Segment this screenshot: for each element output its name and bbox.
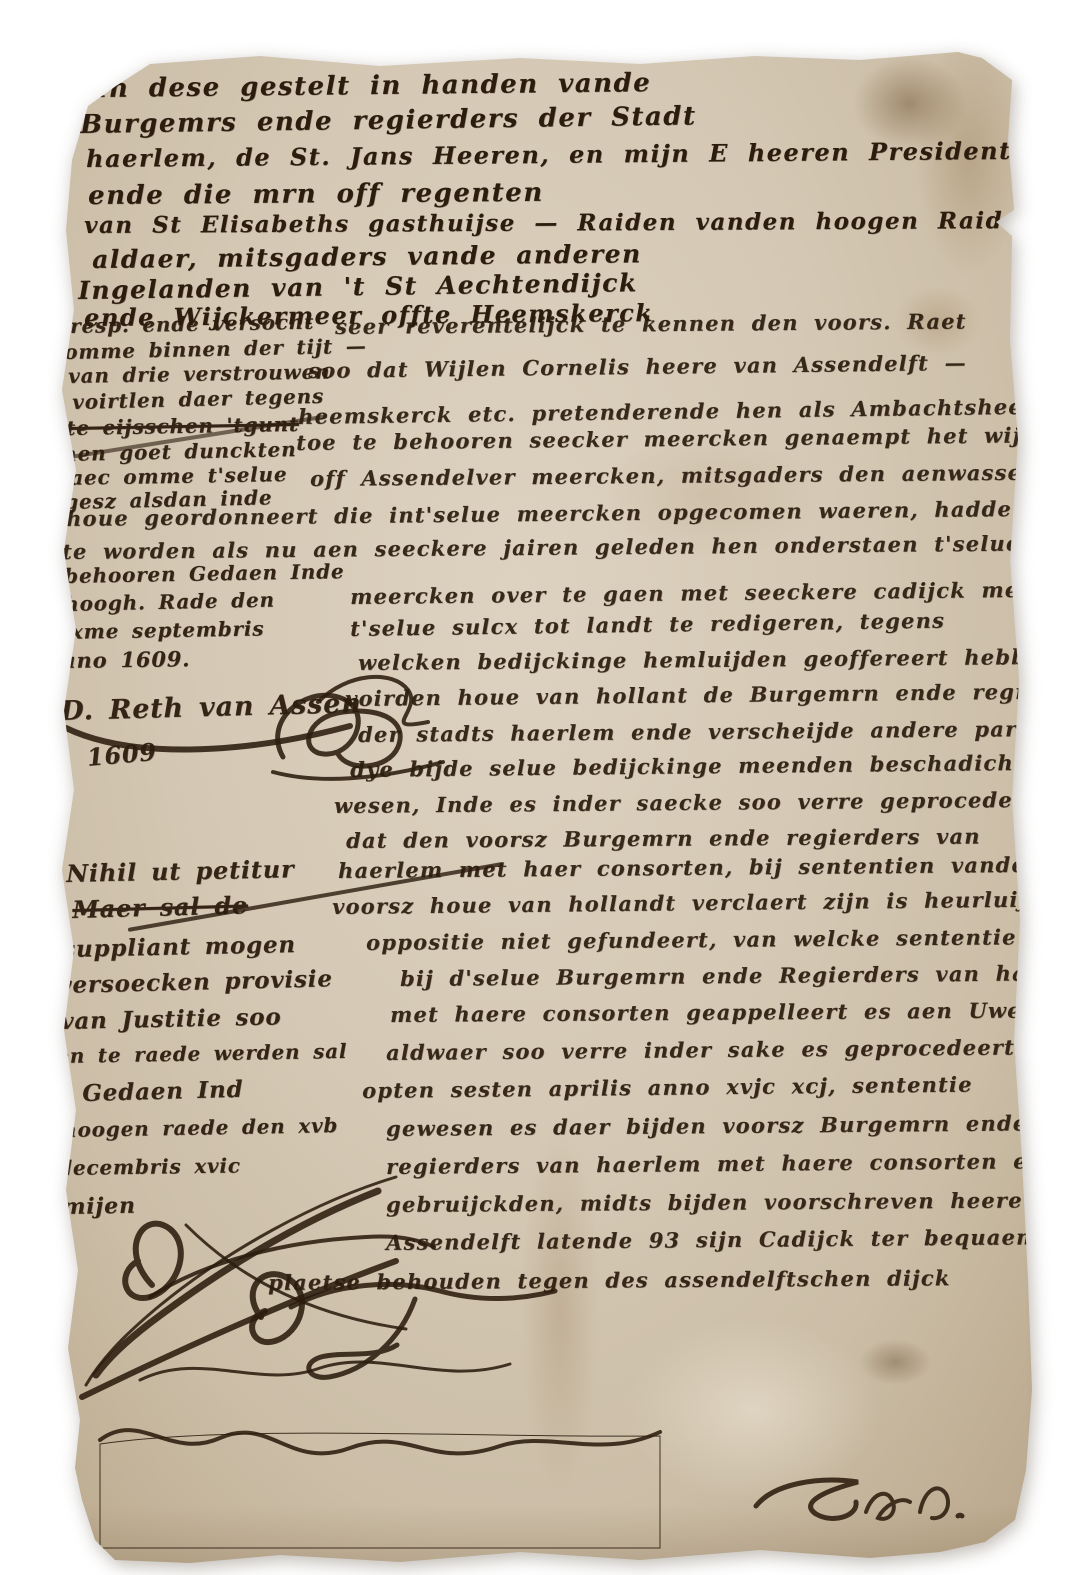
final-paraph bbox=[738, 1468, 973, 1543]
manuscript-line: opten sesten aprilis anno xvjc xcj, sent… bbox=[362, 1074, 973, 1101]
manuscript-line: te worden als nu aen seeckere jairen gel… bbox=[62, 533, 1021, 562]
manuscript-line: bij d'selue Burgemrn ende Regierders van… bbox=[400, 962, 1076, 989]
manuscript-line: soo dat Wijlen Cornelis heere van Assend… bbox=[308, 352, 967, 381]
margin-note: Maer sal de bbox=[72, 893, 248, 922]
water-tide-mark bbox=[80, 1320, 680, 1550]
paper-wrapper: In dese gestelt in handen vande Burgemrs… bbox=[0, 0, 1076, 1575]
manuscript-line: gebruijckden, midts bijden voorschreven … bbox=[386, 1189, 1076, 1215]
manuscript-line: wesen, Inde es inder saecke soo verre ge… bbox=[334, 789, 1051, 816]
manuscript-line: voorsz houe van hollandt verclaert zijn … bbox=[332, 888, 1070, 917]
margin-note: van Justitie soo bbox=[60, 1005, 282, 1033]
manuscript-photo: In dese gestelt in handen vande Burgemrs… bbox=[0, 0, 1076, 1575]
manuscript-line: met haere consorten geappelleert es aen … bbox=[390, 999, 1076, 1025]
manuscript-line: plaetse behouden tegen des assendelftsch… bbox=[268, 1267, 951, 1293]
margin-note: versoecken provisie bbox=[58, 967, 333, 997]
manuscript-line: van St Elisabeths gasthuijse — Raiden va… bbox=[84, 209, 1057, 237]
manuscript-line: haerlem, de St. Jans Heeren, en mijn E h… bbox=[86, 138, 1076, 171]
manuscript-line: off Assendelver meercken, mitsgaders den… bbox=[310, 462, 1039, 489]
manuscript-line: meercken over te gaen met seeckere cadij… bbox=[350, 578, 1076, 607]
manuscript-line: der stadts haerlem ende verscheijde ande… bbox=[358, 718, 1076, 745]
ink-smudge bbox=[858, 1338, 933, 1386]
manuscript-line: t'selue sulcx tot landt te redigeren, te… bbox=[350, 610, 945, 639]
manuscript-line: toe te behooren seecker meercken genaemp… bbox=[296, 424, 1076, 453]
margin-note: behooren Gedaen Inde bbox=[64, 561, 345, 586]
manuscript-line: aldaer, mitsgaders vande anderen bbox=[92, 241, 642, 272]
manuscript-line: ende die mrn off regenten bbox=[88, 180, 544, 209]
manuscript-line: gewesen es daer bijden voorsz Burgemrn e… bbox=[386, 1112, 1065, 1139]
manuscript-line: dat den voorsz Burgemrn ende regierders … bbox=[346, 826, 981, 851]
paper-sheet: In dese gestelt in handen vande Burgemrs… bbox=[0, 0, 1076, 1575]
margin-note: hoogh. Rade den bbox=[64, 590, 275, 614]
margin-note: mijen bbox=[62, 1195, 136, 1218]
margin-note: xxme septembris bbox=[58, 618, 264, 642]
margin-note: decembris xvic bbox=[58, 1155, 241, 1178]
margin-note: omme binnen der tijt — bbox=[64, 336, 367, 362]
manuscript-line: In dese gestelt in handen vande bbox=[95, 70, 651, 102]
margin-note: van drie verstrouwen bbox=[68, 361, 330, 386]
manuscript-line: aldwaer soo verre inder sake es geproced… bbox=[386, 1036, 1076, 1063]
manuscript-line: Assendelft latende 93 sijn Cadijck ter b… bbox=[386, 1226, 1076, 1253]
light-patch bbox=[628, 1320, 878, 1500]
margin-note: saec omme t'selue bbox=[58, 464, 288, 488]
margin-note: suppliant mogen bbox=[62, 933, 296, 961]
margin-note: gesz alsdan inde bbox=[64, 487, 273, 512]
margin-note: resp. ende versocht bbox=[70, 312, 314, 336]
manuscript-line: Burgemrs ende regierders der Stadt bbox=[80, 103, 697, 138]
margin-note: ano 1609. bbox=[62, 648, 190, 671]
margin-note-year: 1609 bbox=[86, 740, 158, 770]
margin-note: D. Reth van Assen bbox=[60, 690, 362, 725]
manuscript-line: welcken bedijckinge hemluijden geofferee… bbox=[358, 646, 1058, 673]
manuscript-line: haerlem met haer consorten, bij sententi… bbox=[338, 854, 1043, 881]
margin-note: Nihil ut petitur bbox=[66, 857, 295, 886]
margin-note: hoogen raede den xvb bbox=[62, 1115, 338, 1140]
margin-note: Gedaen Ind bbox=[82, 1078, 244, 1105]
margin-note: voirtlen daer tegens bbox=[72, 386, 324, 412]
margin-note: en te raede werden sal bbox=[56, 1041, 347, 1066]
manuscript-line: voirden houe van hollant de Burgemrn end… bbox=[345, 681, 1056, 709]
manuscript-line: oppositie niet gefundeert, van welcke se… bbox=[366, 926, 1017, 953]
manuscript-line: seer reverentelijck te kennen den voors.… bbox=[335, 310, 967, 337]
manuscript-line: regierders van haerlem met haere consort… bbox=[386, 1150, 1075, 1177]
manuscript-line: dye bijde selue bedijckinge meenden besc… bbox=[350, 752, 1066, 780]
manuscript-line: heemskerck etc. pretenderende hen als Am… bbox=[298, 396, 1050, 427]
